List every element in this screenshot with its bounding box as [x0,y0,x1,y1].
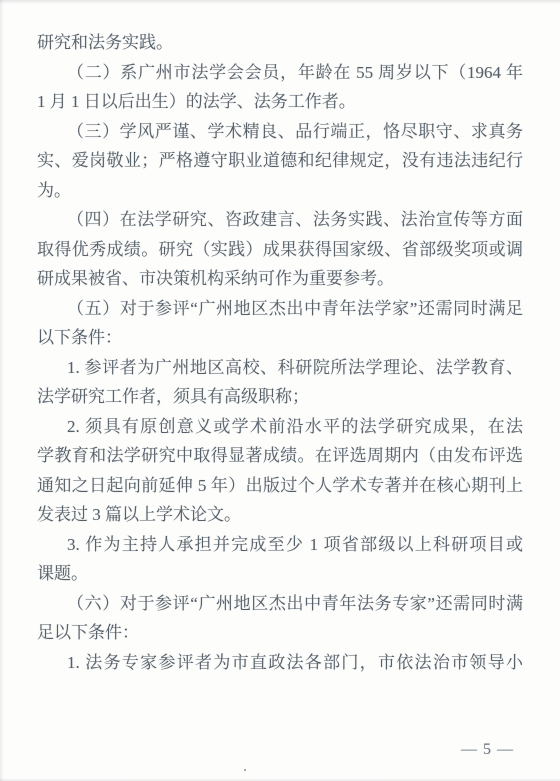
text-line: 课题。 [37,559,523,589]
text-line: （五）对于参评“广州地区杰出中青年法学家”还需同时满足 [37,294,523,324]
text-line: 1 月 1 日以后出生）的法学、法务工作者。 [37,87,523,117]
text-line: 发表过 3 篇以上学术论文。 [37,500,523,530]
page-number: — 5 — [461,740,514,759]
text-line: 1. 参评者为广州地区高校、科研院所法学理论、法学教育、 [37,353,523,383]
scan-edge-left [0,0,4,781]
document-page: 研究和法务实践。（二）系广州市法学会会员，年龄在 55 周岁以下（1964 年1… [0,0,560,781]
scan-edge-top [0,0,560,4]
scan-speck [244,769,246,771]
text-line: 足以下条件： [37,618,523,648]
text-line: 取得优秀成绩。研究（实践）成果获得国家级、省部级奖项或调 [37,235,523,265]
text-line: （三）学风严谨、学术精良、品行端正，恪尽职守、求真务 [37,117,523,147]
text-line: （四）在法学研究、咨政建言、法务实践、法治宣传等方面 [37,205,523,235]
text-line: 2. 须具有原创意义或学术前沿水平的法学研究成果，在法 [37,412,523,442]
text-line: 1. 法务专家参评者为市直政法各部门，市依法治市领导小 [37,648,523,678]
text-line: 研成果被省、市决策机构采纳可作为重要参考。 [37,264,523,294]
text-line: 为。 [37,176,523,206]
text-line: （六）对于参评“广州地区杰出中青年法务专家”还需同时满 [37,589,523,619]
text-line: 通知之日起向前延伸 5 年）出版过个人学术专著并在核心期刊上 [37,471,523,501]
text-line: （二）系广州市法学会会员，年龄在 55 周岁以下（1964 年 [37,58,523,88]
text-line: 实、爱岗敬业；严格遵守职业道德和纪律规定，没有违法违纪行 [37,146,523,176]
text-line: 以下条件： [37,323,523,353]
text-line: 研究和法务实践。 [37,28,523,58]
text-line: 3. 作为主持人承担并完成至少 1 项省部级以上科研项目或 [37,530,523,560]
text-line: 法学研究工作者，须具有高级职称； [37,382,523,412]
document-text-block: 研究和法务实践。（二）系广州市法学会会员，年龄在 55 周岁以下（1964 年1… [37,28,523,677]
text-line: 学教育和法学研究中取得显著成绩。在评选周期内（由发布评选 [37,441,523,471]
